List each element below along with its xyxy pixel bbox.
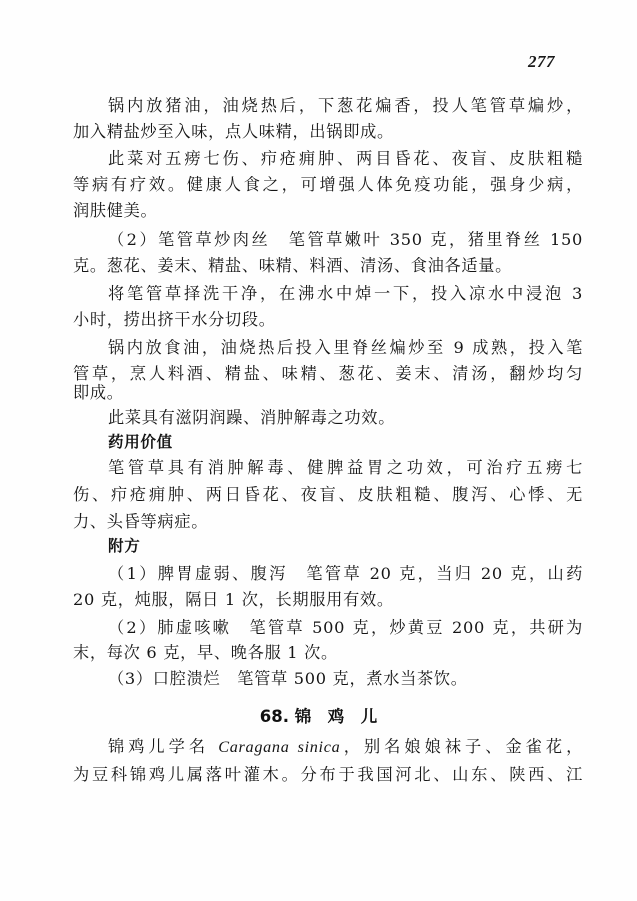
scientific-name: Caragana sinica bbox=[218, 738, 340, 756]
intro-text: ，别名娘娘袜子、金雀花， bbox=[340, 737, 583, 756]
paragraph-line: 克。葱花、姜末、精盐、味精、料酒、清汤、食油各适量。 bbox=[73, 255, 583, 277]
section-intro-line: 为豆科锦鸡儿属落叶灌木。分布于我国河北、山东、陕西、江 bbox=[73, 764, 583, 786]
book-page: 277 锅内放猪油，油烧热后，下葱花煸香，投人笔管草煸炒， 加入精盐炒至入味，点… bbox=[0, 0, 637, 901]
paragraph-line: 即成。 bbox=[73, 382, 583, 404]
page-number: 277 bbox=[528, 52, 555, 72]
prescription-line: （3）口腔溃烂 笔管草 500 克，煮水当茶饮。 bbox=[108, 668, 583, 690]
prescription-line: 末，每次 6 克，早、晚各服 1 次。 bbox=[73, 642, 583, 664]
recipe-title-line: （2）笔管草炒肉丝 笔管草嫩叶 350 克，猪里脊丝 150 bbox=[108, 229, 583, 251]
section-intro-line: 锦鸡儿学名 Caragana sinica，别名娘娘袜子、金雀花， bbox=[108, 736, 583, 758]
paragraph-line: 润肤健美。 bbox=[73, 200, 583, 222]
paragraph-line: 笔管草具有消肿解毒、健脾益胃之功效，可治疗五痨七 bbox=[108, 457, 583, 479]
subheading-medicinal-value: 药用价值 bbox=[108, 431, 583, 453]
paragraph-line: 伤、疖疮痈肿、两日昏花、夜盲、皮肤粗糙、腹泻、心悸、无 bbox=[73, 484, 583, 506]
paragraph-line: 锅内放猪油，油烧热后，下葱花煸香，投人笔管草煸炒， bbox=[108, 95, 583, 117]
paragraph-line: 此菜对五痨七伤、疖疮痈肿、两目昏花、夜盲、皮肤粗糙 bbox=[108, 148, 583, 170]
paragraph-line: 等病有疗效。健康人食之，可增强人体免疫功能，强身少病， bbox=[73, 174, 583, 196]
prescription-line: 20 克，炖服，隔日 1 次，长期服用有效。 bbox=[73, 589, 583, 611]
prescription-line: （1）脾胃虚弱、腹泻 笔管草 20 克，当归 20 克，山药 bbox=[108, 563, 583, 585]
paragraph-line: 加入精盐炒至入味，点人味精，出锅即成。 bbox=[73, 121, 583, 143]
subheading-prescriptions: 附方 bbox=[108, 535, 583, 557]
paragraph-line: 将笔管草择洗干净，在沸水中焯一下，投入凉水中浸泡 3 bbox=[108, 283, 583, 305]
paragraph-line: 此菜具有滋阴润躁、消肿解毒之功效。 bbox=[108, 407, 583, 429]
paragraph-line: 力、头昏等病症。 bbox=[73, 511, 583, 533]
section-heading: 68. 锦 鸡 儿 bbox=[0, 706, 637, 728]
intro-text: 锦鸡儿学名 bbox=[108, 737, 218, 756]
paragraph-line: 锅内放食油，油烧热后投入里脊丝煸炒至 9 成熟，投入笔 bbox=[108, 337, 583, 359]
prescription-line: （2）肺虚咳嗽 笔管草 500 克，炒黄豆 200 克，共研为 bbox=[108, 617, 583, 639]
paragraph-line: 小时，捞出挤干水分切段。 bbox=[73, 309, 583, 331]
